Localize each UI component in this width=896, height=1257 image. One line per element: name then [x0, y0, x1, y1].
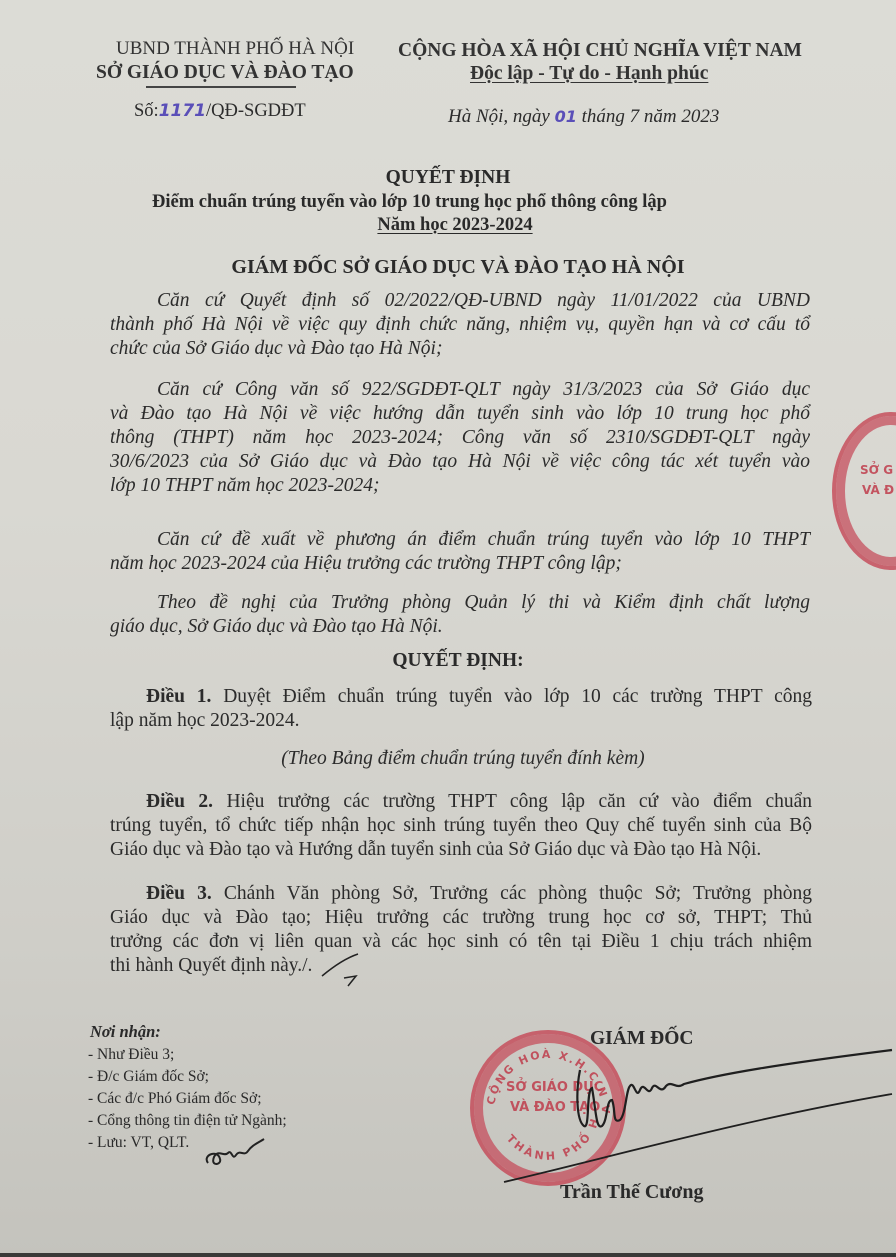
- recipient-item: - Lưu: VT, QLT.: [88, 1134, 189, 1152]
- article-text: thi hành Quyết định này./.: [110, 955, 312, 976]
- date-suffix: tháng 7 năm 2023: [582, 106, 720, 127]
- article-line: Giáo dục và Đào tạo và Hướng dẫn tuyển s…: [110, 839, 761, 861]
- article-line: Điều 1. Duyệt Điểm chuẩn trúng tuyển vào…: [146, 686, 812, 708]
- preamble-line: năm học 2023-2024 của Hiệu trưởng các tr…: [110, 553, 622, 575]
- article-text: Giáo dục và Đào tạo và Hướng dẫn tuyển s…: [110, 839, 761, 860]
- preamble-line: giáo dục, Sở Giáo dục và Đào tạo Hà Nội.: [110, 616, 443, 638]
- preamble-line: Căn cứ đề xuất về phương án điểm chuẩn t…: [157, 529, 810, 551]
- academic-year: Năm học 2023-2024: [0, 215, 896, 236]
- decision-heading: QUYẾT ĐỊNH:: [0, 650, 896, 672]
- preamble-line: thông (THPT) năm học 2023-2024; Công văn…: [110, 427, 810, 449]
- article-line: Giáo dục và Đào tạo; Hiệu trưởng các trư…: [110, 907, 812, 929]
- recipient-item: - Đ/c Giám đốc Sở;: [88, 1068, 209, 1086]
- article-line: trúng tuyển, tổ chức tiếp nhận học sinh …: [110, 815, 812, 837]
- preamble-line: lớp 10 THPT năm học 2023-2024;: [110, 475, 380, 497]
- number-handwritten: 1171: [159, 101, 206, 121]
- preamble-line: Theo đề nghị của Trưởng phòng Quản lý th…: [157, 592, 810, 614]
- checkmark-annotation-icon: [320, 948, 360, 988]
- initials-signature-icon: [200, 1135, 280, 1175]
- director-signature-icon: [480, 1050, 896, 1190]
- article-text: trúng tuyển, tổ chức tiếp nhận học sinh …: [110, 815, 812, 836]
- document-number: Số:1171/QĐ-SGDĐT: [134, 101, 306, 122]
- article-text: Giáo dục và Đào tạo; Hiệu trưởng các trư…: [110, 907, 812, 928]
- number-prefix: Số:: [134, 101, 159, 121]
- article-line: Điều 2. Hiệu trưởng các trường THPT công…: [146, 791, 812, 813]
- preamble-line: Căn cứ Quyết định số 02/2022/QĐ-UBND ngà…: [157, 290, 810, 312]
- issuer-underline: [146, 86, 296, 88]
- recipient-item: - Như Điều 3;: [88, 1046, 174, 1064]
- article-label: Điều 2.: [146, 791, 213, 812]
- article-text: Hiệu trưởng các trường THPT công lập căn…: [226, 791, 812, 812]
- article-text: Duyệt Điểm chuẩn trúng tuyển vào lớp 10 …: [223, 686, 812, 707]
- recipients-heading: Nơi nhận:: [90, 1022, 161, 1042]
- issuer-parent: UBND THÀNH PHỐ HÀ NỘI: [116, 38, 354, 60]
- preamble-line: Căn cứ Công văn số 922/SGDĐT-QLT ngày 31…: [157, 379, 810, 401]
- partial-stamp-line2: VÀ Đ: [862, 483, 894, 497]
- date-day-handwritten: 01: [555, 107, 577, 126]
- preamble-line: 30/6/2023 của Sở Giáo dục và Đào tạo Hà …: [110, 451, 810, 473]
- article-note: (Theo Bảng điểm chuẩn trúng tuyển đính k…: [0, 748, 896, 770]
- recipient-item: - Các đ/c Phó Giám đốc Sở;: [88, 1090, 262, 1108]
- bottom-edge: [0, 1253, 896, 1257]
- article-line: Điều 3. Chánh Văn phòng Sở, Trưởng các p…: [146, 883, 812, 905]
- article-text: lập năm học 2023-2024.: [110, 710, 300, 731]
- partial-stamp-line1: SỞ G: [860, 463, 893, 477]
- article-text: trưởng các đơn vị liên quan và các học s…: [110, 931, 812, 952]
- number-suffix: /QĐ-SGDĐT: [206, 101, 306, 121]
- article-label: Điều 3.: [146, 883, 212, 904]
- preamble-line: chức của Sở Giáo dục và Đào tạo Hà Nội;: [110, 338, 442, 360]
- preamble-line: thành phố Hà Nội về việc quy định chức n…: [110, 314, 810, 336]
- article-line: thi hành Quyết định này./.: [110, 955, 312, 977]
- nation-motto: Độc lập - Tự do - Hạnh phúc: [470, 63, 708, 85]
- date-prefix: Hà Nội, ngày: [448, 106, 550, 127]
- preamble-line: và Đào tạo Hà Nội về việc hướng dẫn tuyể…: [110, 403, 810, 425]
- article-text: Chánh Văn phòng Sở, Trưởng các phòng thu…: [224, 883, 812, 904]
- article-label: Điều 1.: [146, 686, 211, 707]
- article-line: trưởng các đơn vị liên quan và các học s…: [110, 931, 812, 953]
- recipient-item: - Cổng thông tin điện tử Ngành;: [88, 1112, 287, 1130]
- decision-title: QUYẾT ĐỊNH: [0, 167, 896, 189]
- issue-date: Hà Nội, ngày 01 tháng 7 năm 2023: [448, 106, 719, 128]
- issuing-authority: GIÁM ĐỐC SỞ GIÁO DỤC VÀ ĐÀO TẠO HÀ NỘI: [0, 256, 896, 279]
- article-line: lập năm học 2023-2024.: [110, 710, 300, 732]
- nation-name: CỘNG HÒA XÃ HỘI CHỦ NGHĨA VIỆT NAM: [398, 40, 802, 62]
- decision-subtitle: Điểm chuẩn trúng tuyển vào lớp 10 trung …: [152, 192, 667, 213]
- issuer-name: SỞ GIÁO DỤC VÀ ĐÀO TẠO: [96, 62, 354, 84]
